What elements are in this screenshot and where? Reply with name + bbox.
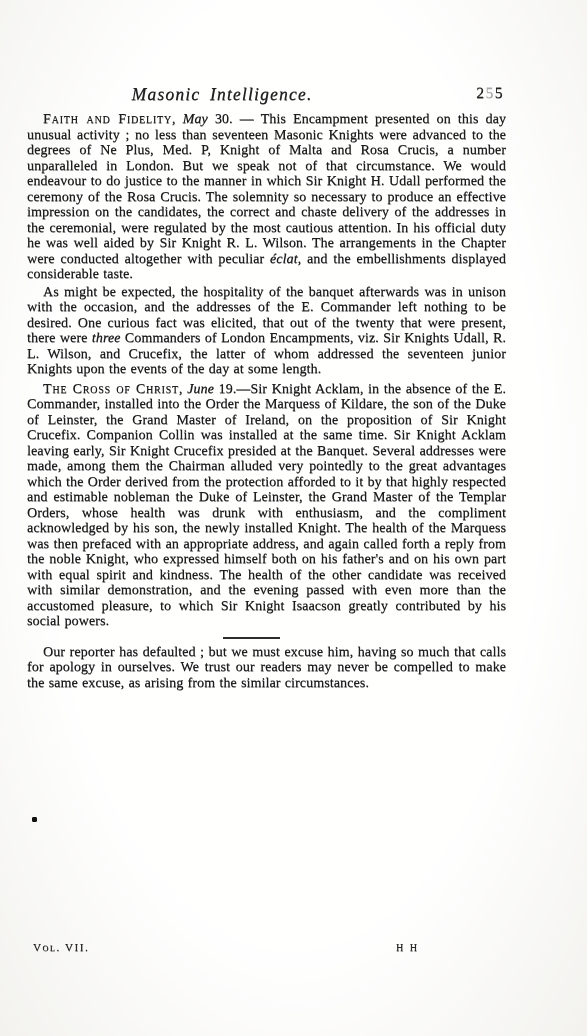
ink-speck (32, 817, 37, 822)
text-run: 19.— (214, 382, 251, 397)
page-number-digit-faded: 5 (486, 85, 495, 102)
italic-word-three: three (92, 331, 121, 346)
paragraph-faith-and-fidelity: Faith and Fidelity, May 30. — This Encam… (27, 112, 506, 283)
paragraph-banquet: As might be expected, the hospitality of… (27, 285, 506, 378)
article-heading-cross-of-christ: The Cross of Christ (43, 382, 179, 397)
text-run: This Encampment presented on this day un… (27, 112, 506, 267)
article-heading-faith-and-fidelity: Faith and Fidelity (43, 112, 172, 127)
paragraph-cross-of-christ: The Cross of Christ, June 19.—Sir Knight… (27, 382, 506, 630)
text-run: Our reporter has defaulted ; but we must… (27, 645, 506, 691)
content-column: Faith and Fidelity, May 30. — This Encam… (27, 112, 506, 691)
date-italic-may: May (183, 112, 208, 127)
page-number: 255 (476, 85, 504, 103)
date-italic-june: June (187, 382, 214, 397)
section-divider-rule (223, 637, 280, 639)
running-header-title: Masonic Intelligence. (0, 84, 444, 105)
text-run: Sir Knight Acklam, in the absence of the… (27, 382, 506, 630)
text-run: 30. — (208, 112, 261, 127)
page-number-digit: 5 (495, 85, 504, 102)
text-run: , (172, 112, 183, 127)
scanned-page: Masonic Intelligence. 255 Faith and Fide… (0, 0, 587, 1036)
volume-label: Vol. VII. (33, 942, 89, 954)
italic-word-eclat: éclat (270, 252, 298, 267)
paragraph-reporter-note: Our reporter has defaulted ; but we must… (27, 645, 506, 692)
text-run: , (179, 382, 187, 397)
signature-mark: H H (396, 943, 419, 954)
page-number-digit: 2 (476, 85, 485, 102)
